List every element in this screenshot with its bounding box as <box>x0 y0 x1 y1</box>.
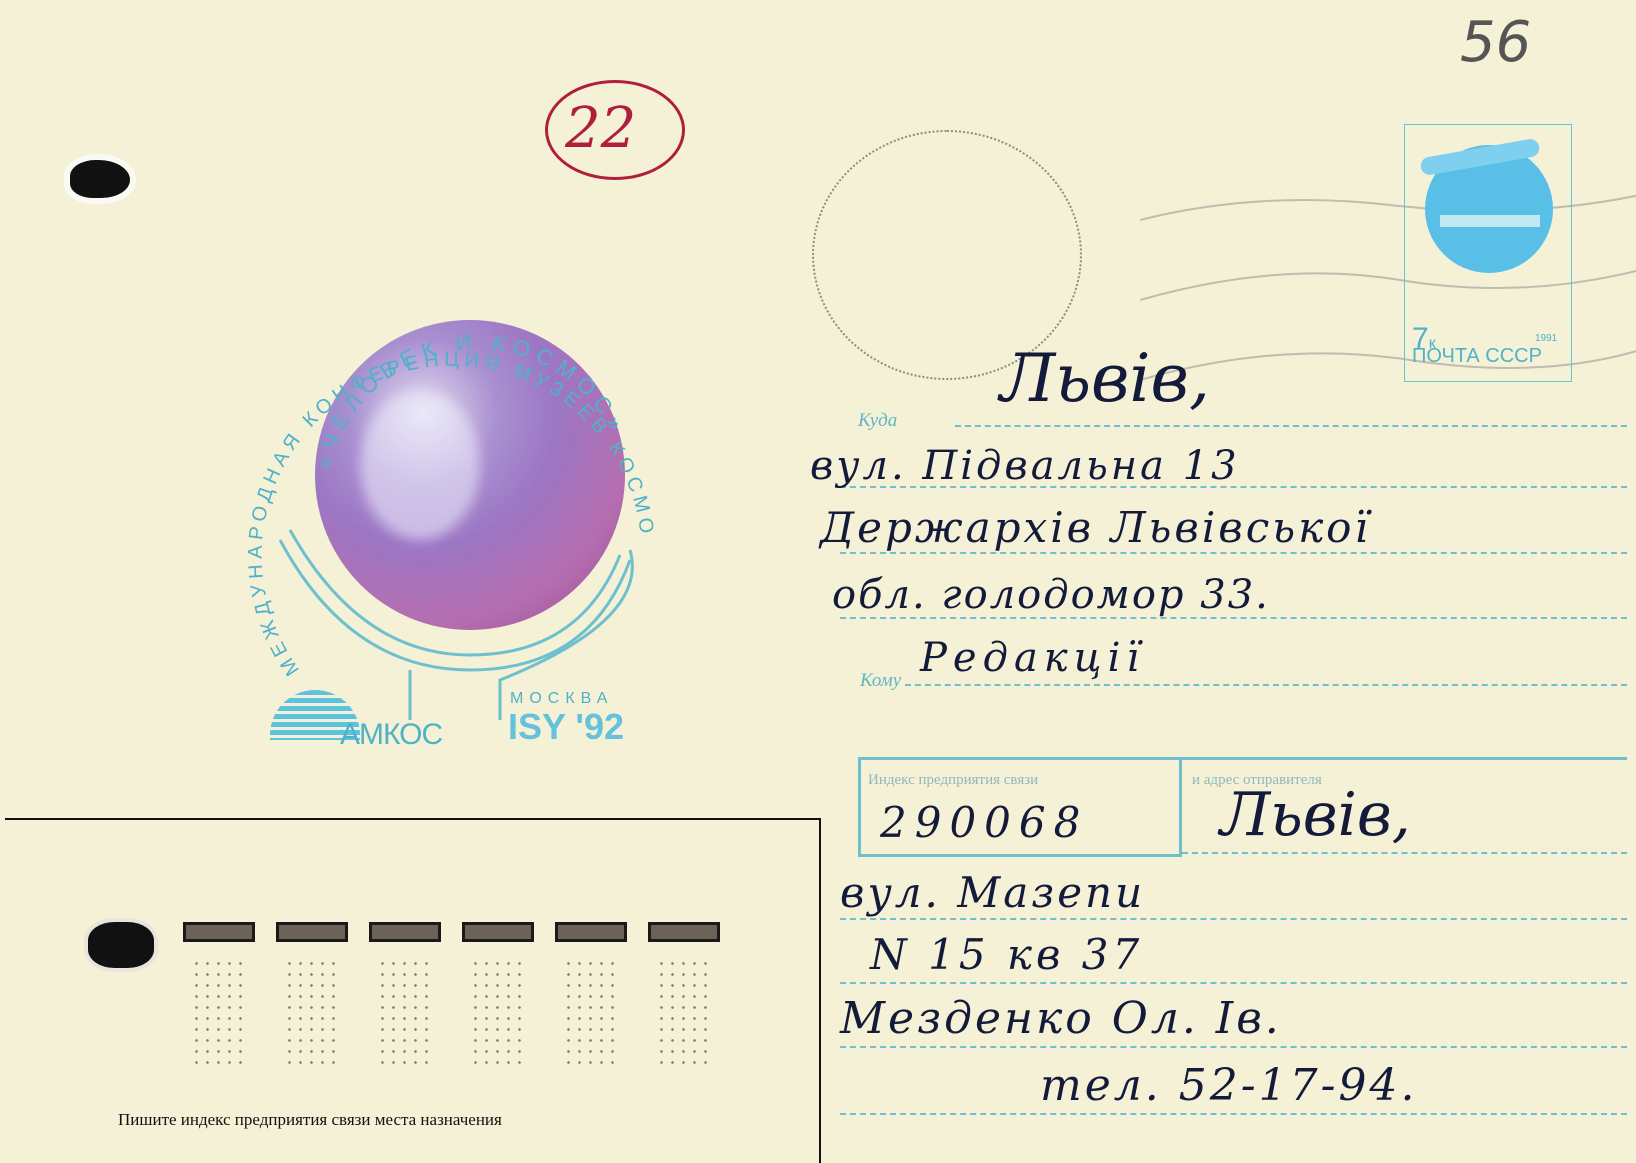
event-label: ISY '92 <box>508 706 624 748</box>
sender-street: вул. Мазепи <box>840 868 1145 917</box>
address-line <box>955 425 1627 427</box>
stamp-issuer: ПОЧТА СССР <box>1412 345 1542 368</box>
postal-code-digit-grid <box>563 958 619 1068</box>
postal-code-bar <box>183 922 255 942</box>
recipient-name: Редакції <box>920 635 1145 681</box>
corner-pencil-number: 56 <box>1460 10 1531 75</box>
postal-code-bar <box>276 922 348 942</box>
to-label: Куда <box>858 410 897 432</box>
address-line <box>840 918 1627 920</box>
sender-building: N 15 кв 37 <box>870 930 1143 979</box>
postal-code-digit-grid <box>284 958 340 1068</box>
sender-box-top-border <box>1182 757 1627 760</box>
arc-text-inner: «ЧЕЛОВЕК И КОСМОС» <box>310 329 632 471</box>
postal-code-bar <box>369 922 441 942</box>
sender-name: Мезденко Ол. Ів. <box>840 993 1282 1044</box>
circled-number: 22 <box>565 96 636 161</box>
stamp-ship-icon <box>1440 215 1540 227</box>
svg-text:«ЧЕЛОВЕК И КОСМОС»: «ЧЕЛОВЕК И КОСМОС» <box>310 329 632 471</box>
address-line <box>905 684 1627 686</box>
recipient-region: обл. голодомор 33. <box>832 572 1270 618</box>
punch-hole-top <box>70 160 130 198</box>
sender-index-value: 290068 <box>880 798 1088 847</box>
arc-text-outer: МЕЖДУНАРОДНАЯ КОНФЕРЕНЦИЯ МУЗЕЕВ КОСМОНА… <box>210 200 658 680</box>
postal-code-bar <box>648 922 720 942</box>
whom-label: Кому <box>860 670 901 692</box>
postal-code-digit-grid <box>377 958 433 1068</box>
postal-code-digit-grid <box>191 958 247 1068</box>
address-line <box>840 1046 1627 1048</box>
postal-code-digit-grid <box>470 958 526 1068</box>
punch-hole-bottom <box>88 922 154 968</box>
sender-city: Львів, <box>1220 780 1411 850</box>
svg-text:МЕЖДУНАРОДНАЯ КОНФЕРЕНЦИЯ МУЗЕ: МЕЖДУНАРОДНАЯ КОНФЕРЕНЦИЯ МУЗЕЕВ КОСМОНА… <box>210 200 658 680</box>
recipient-organization: Держархів Львівської <box>820 503 1371 552</box>
address-line <box>1182 852 1627 854</box>
postal-code-digit-grid <box>656 958 712 1068</box>
recipient-city: Львів, <box>1000 340 1210 417</box>
stamp-year: 1991 <box>1535 333 1557 344</box>
arc-text-illustration: МЕЖДУНАРОДНАЯ КОНФЕРЕНЦИЯ МУЗЕЕВ КОСМОНА… <box>210 200 690 720</box>
recipient-street: вул. Підвальна 13 <box>810 443 1240 489</box>
postal-code-bar <box>462 922 534 942</box>
address-line <box>840 1113 1627 1115</box>
sender-phone: тел. 52-17-94. <box>1040 1060 1417 1111</box>
postal-code-bar <box>555 922 627 942</box>
address-line <box>840 552 1627 554</box>
sender-index-label: Индекс предприятия связи <box>868 772 1038 789</box>
address-line <box>840 982 1627 984</box>
amkos-logo-text: АМКОС <box>340 718 442 752</box>
postal-code-instruction: Пишите индекс предприятия связи места на… <box>118 1110 502 1130</box>
